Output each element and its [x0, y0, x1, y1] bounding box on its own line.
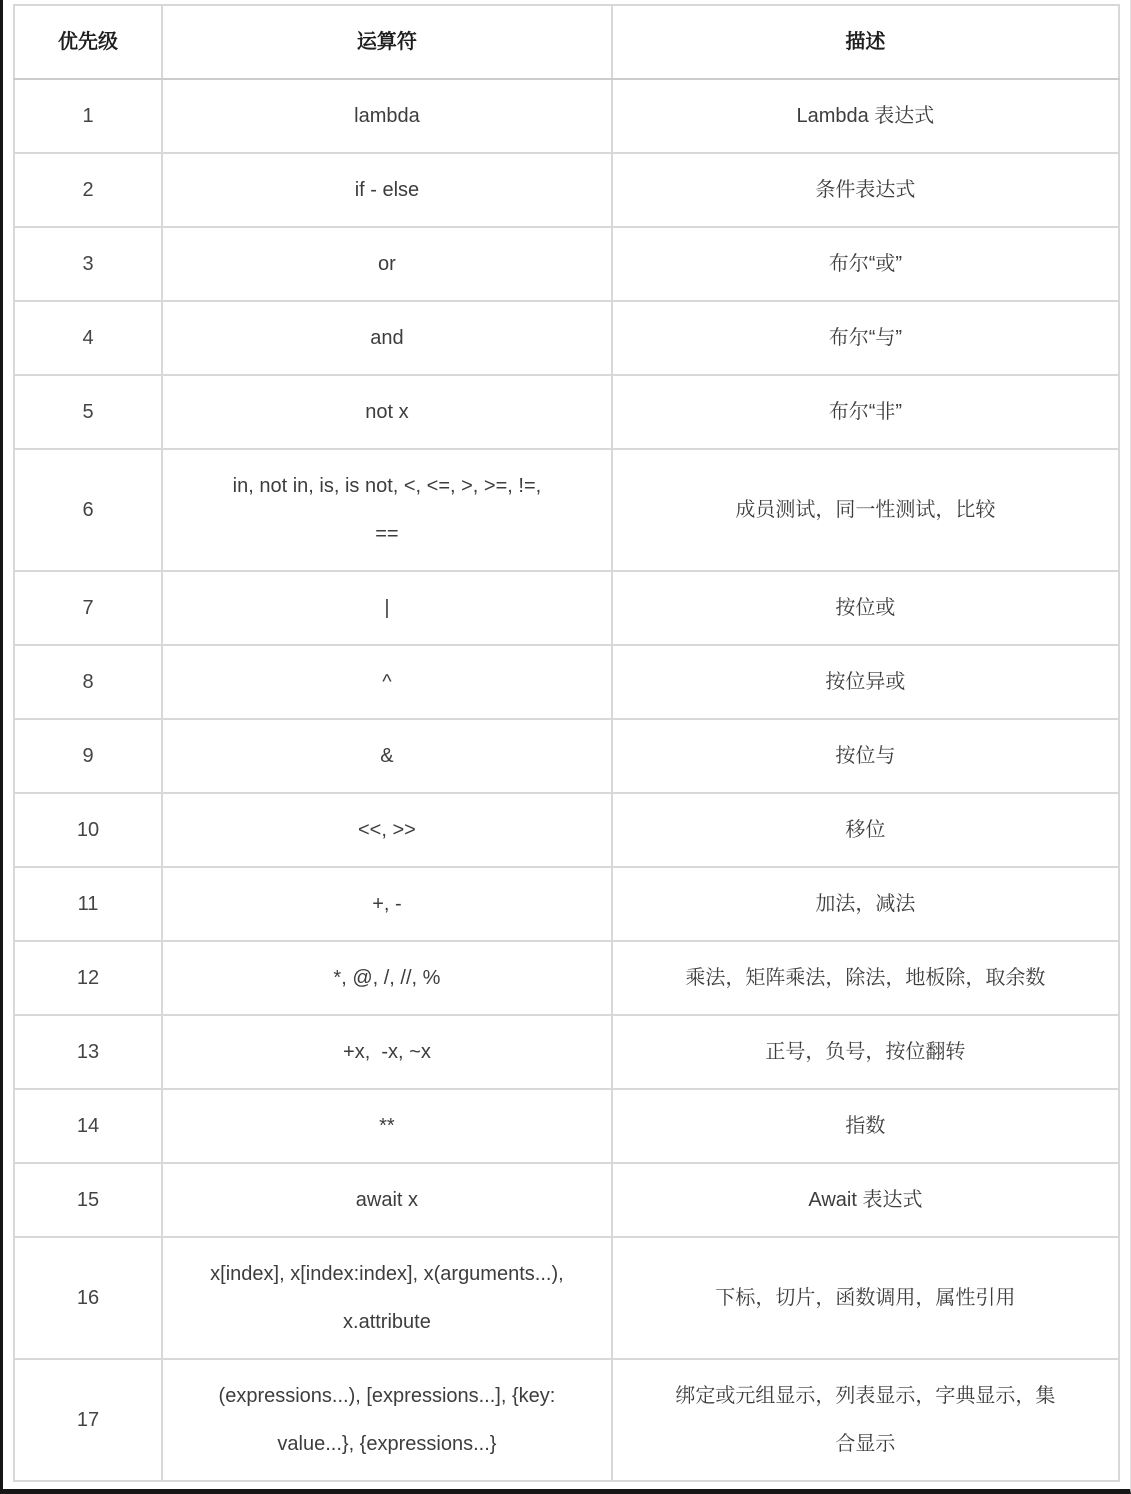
priority-cell: 11 [14, 867, 162, 941]
operator-cell: +x, -x, ~x [162, 1015, 612, 1089]
description-cell: 布尔“或” [612, 227, 1119, 301]
table-row: 1 lambda Lambda 表达式 [14, 79, 1119, 153]
operator-cell: ** [162, 1089, 612, 1163]
description-cell: 成员测试，同一性测试，比较 [612, 449, 1119, 571]
description-cell: 乘法，矩阵乘法，除法，地板除，取余数 [612, 941, 1119, 1015]
table-row: 9 & 按位与 [14, 719, 1119, 793]
operator-cell: in, not in, is, is not, <, <=, >, >=, !=… [162, 449, 612, 571]
table-row: 14 ** 指数 [14, 1089, 1119, 1163]
description-cell: 布尔“与” [612, 301, 1119, 375]
description-cell: 按位异或 [612, 645, 1119, 719]
operator-cell: +, - [162, 867, 612, 941]
description-cell: Lambda 表达式 [612, 79, 1119, 153]
description-cell: 移位 [612, 793, 1119, 867]
operator-precedence-table: 优先级 运算符 描述 1 lambda Lambda 表达式 2 if - el… [13, 4, 1120, 1482]
table-row: 7 | 按位或 [14, 571, 1119, 645]
table-row: 4 and 布尔“与” [14, 301, 1119, 375]
priority-cell: 2 [14, 153, 162, 227]
operator-cell: or [162, 227, 612, 301]
operator-cell: if - else [162, 153, 612, 227]
priority-cell: 17 [14, 1359, 162, 1481]
table-row: 10 <<, >> 移位 [14, 793, 1119, 867]
operator-cell: | [162, 571, 612, 645]
table-row: 15 await x Await 表达式 [14, 1163, 1119, 1237]
operator-cell: ^ [162, 645, 612, 719]
priority-cell: 8 [14, 645, 162, 719]
description-cell: 布尔“非” [612, 375, 1119, 449]
operator-cell: <<, >> [162, 793, 612, 867]
table-body: 1 lambda Lambda 表达式 2 if - else 条件表达式 3 … [14, 79, 1119, 1481]
description-cell: 按位与 [612, 719, 1119, 793]
priority-cell: 5 [14, 375, 162, 449]
table-row: 2 if - else 条件表达式 [14, 153, 1119, 227]
table-row: 8 ^ 按位异或 [14, 645, 1119, 719]
description-cell: 按位或 [612, 571, 1119, 645]
table-row: 13 +x, -x, ~x 正号，负号，按位翻转 [14, 1015, 1119, 1089]
page-frame: 优先级 运算符 描述 1 lambda Lambda 表达式 2 if - el… [0, 0, 1131, 1494]
priority-cell: 3 [14, 227, 162, 301]
table-row: 17 (expressions...), [expressions...], {… [14, 1359, 1119, 1481]
priority-cell: 13 [14, 1015, 162, 1089]
description-cell: 加法，减法 [612, 867, 1119, 941]
column-header-priority: 优先级 [14, 5, 162, 79]
priority-cell: 7 [14, 571, 162, 645]
table-row: 12 *, @, /, //, % 乘法，矩阵乘法，除法，地板除，取余数 [14, 941, 1119, 1015]
priority-cell: 1 [14, 79, 162, 153]
operator-cell: await x [162, 1163, 612, 1237]
priority-cell: 9 [14, 719, 162, 793]
description-cell: 绑定或元组显示，列表显示，字典显示，集 合显示 [612, 1359, 1119, 1481]
header-row: 优先级 运算符 描述 [14, 5, 1119, 79]
description-cell: 正号，负号，按位翻转 [612, 1015, 1119, 1089]
description-cell: 下标，切片，函数调用，属性引用 [612, 1237, 1119, 1359]
operator-cell: *, @, /, //, % [162, 941, 612, 1015]
operator-cell: x[index], x[index:index], x(arguments...… [162, 1237, 612, 1359]
priority-cell: 4 [14, 301, 162, 375]
description-cell: 指数 [612, 1089, 1119, 1163]
priority-cell: 14 [14, 1089, 162, 1163]
operator-cell: and [162, 301, 612, 375]
priority-cell: 15 [14, 1163, 162, 1237]
priority-cell: 16 [14, 1237, 162, 1359]
table-row: 6 in, not in, is, is not, <, <=, >, >=, … [14, 449, 1119, 571]
description-cell: 条件表达式 [612, 153, 1119, 227]
operator-cell: not x [162, 375, 612, 449]
table-row: 11 +, - 加法，减法 [14, 867, 1119, 941]
operator-cell: lambda [162, 79, 612, 153]
priority-cell: 10 [14, 793, 162, 867]
priority-cell: 6 [14, 449, 162, 571]
column-header-operator: 运算符 [162, 5, 612, 79]
operator-cell: (expressions...), [expressions...], {key… [162, 1359, 612, 1481]
description-cell: Await 表达式 [612, 1163, 1119, 1237]
table-row: 3 or 布尔“或” [14, 227, 1119, 301]
table-row: 16 x[index], x[index:index], x(arguments… [14, 1237, 1119, 1359]
operator-cell: & [162, 719, 612, 793]
priority-cell: 12 [14, 941, 162, 1015]
column-header-description: 描述 [612, 5, 1119, 79]
table-row: 5 not x 布尔“非” [14, 375, 1119, 449]
